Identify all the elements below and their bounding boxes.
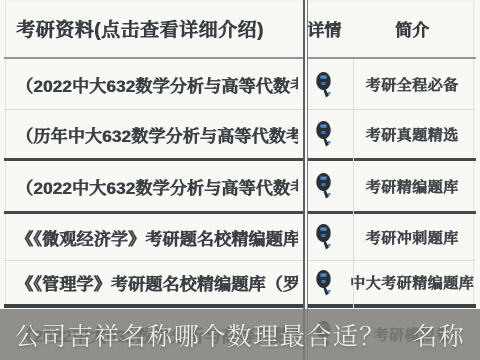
- header-separator: [4, 57, 476, 59]
- table-row[interactable]: （历年中大632数学分析与高等代数考研真题...） 考研真题精选: [6, 110, 474, 158]
- magnifier-icon[interactable]: [313, 120, 335, 148]
- material-intro: 中大考研精编题库: [350, 272, 474, 293]
- magnifier-icon[interactable]: [313, 172, 335, 200]
- table-row[interactable]: 《《管理学》考研题名校精编题库（罗宾斯）》 中大考研精编题库: [6, 261, 474, 304]
- materials-table-screen: 考研资料(点击查看详细介绍) 详情 简介 （2022中大632数学分析与高等代数…: [0, 0, 480, 360]
- intro-cell: 中大考研精编题库: [350, 272, 474, 293]
- material-title-cell[interactable]: 《《微观经济学》考研题名校精编题库（平狄克...）》: [6, 225, 298, 250]
- intro-cell: 考研冲刺题库: [350, 227, 474, 248]
- material-title: （历年中大632数学分析与高等代数考研真题...）: [16, 127, 298, 146]
- header-cell-intro: 简介: [350, 16, 474, 41]
- magnifier-icon[interactable]: [313, 71, 335, 99]
- header-materials-label: 考研资料(点击查看详细介绍): [16, 20, 264, 41]
- magnifier-icon[interactable]: [313, 223, 335, 251]
- material-title: 《《管理学》考研题名校精编题库（罗宾斯）》: [16, 275, 298, 294]
- header-cell-materials: 考研资料(点击查看详细介绍): [6, 15, 298, 42]
- intro-cell: 考研真题精选: [350, 124, 474, 145]
- material-intro: 考研精编题库: [365, 176, 458, 197]
- row-separator-dark: [4, 158, 476, 161]
- header-intro-label: 简介: [395, 16, 429, 41]
- material-title-cell[interactable]: 《《管理学》考研题名校精编题库（罗宾斯）》: [6, 270, 298, 295]
- caption-text: 公司吉祥名称哪个数理最合适？ 名称: [15, 317, 466, 353]
- material-title-cell[interactable]: （2022中大632数学分析与高等代数考研题库...）: [6, 174, 298, 199]
- material-title: （2022中大632数学分析与高等代数考研题库...）: [16, 179, 298, 198]
- table-row[interactable]: 《《微观经济学》考研题名校精编题库（平狄克...）》 考研冲刺题库: [6, 214, 474, 260]
- table-row[interactable]: （2022中大632数学分析与高等代数考研复习...） 考研全程必备: [6, 60, 474, 109]
- caption-overlay-bar: 公司吉祥名称哪个数理最合适？ 名称: [0, 309, 480, 360]
- row-separator: [4, 260, 476, 261]
- material-intro: 考研真题精选: [365, 124, 458, 145]
- material-intro: 考研全程必备: [365, 74, 458, 95]
- magnifier-icon[interactable]: [313, 269, 335, 297]
- column-divider-main: [303, 0, 308, 360]
- table-header-row: 考研资料(点击查看详细介绍) 详情 简介: [6, 0, 474, 57]
- row-separator-dark: [4, 211, 476, 214]
- material-title-cell[interactable]: （2022中大632数学分析与高等代数考研复习...）: [6, 72, 298, 97]
- material-title: （2022中大632数学分析与高等代数考研复习...）: [16, 77, 298, 96]
- row-separator: [4, 109, 476, 110]
- intro-cell: 考研精编题库: [350, 176, 474, 197]
- intro-cell: 考研全程必备: [350, 74, 474, 95]
- header-detail-label: 详情: [307, 16, 341, 41]
- material-title-cell[interactable]: （历年中大632数学分析与高等代数考研真题...）: [6, 122, 298, 147]
- material-intro: 考研冲刺题库: [365, 227, 458, 248]
- material-title: 《《微观经济学》考研题名校精编题库（平狄克...）》: [16, 230, 298, 249]
- row-separator-dark: [4, 304, 476, 308]
- table-row[interactable]: （2022中大632数学分析与高等代数考研题库...） 考研精编题库: [6, 161, 474, 211]
